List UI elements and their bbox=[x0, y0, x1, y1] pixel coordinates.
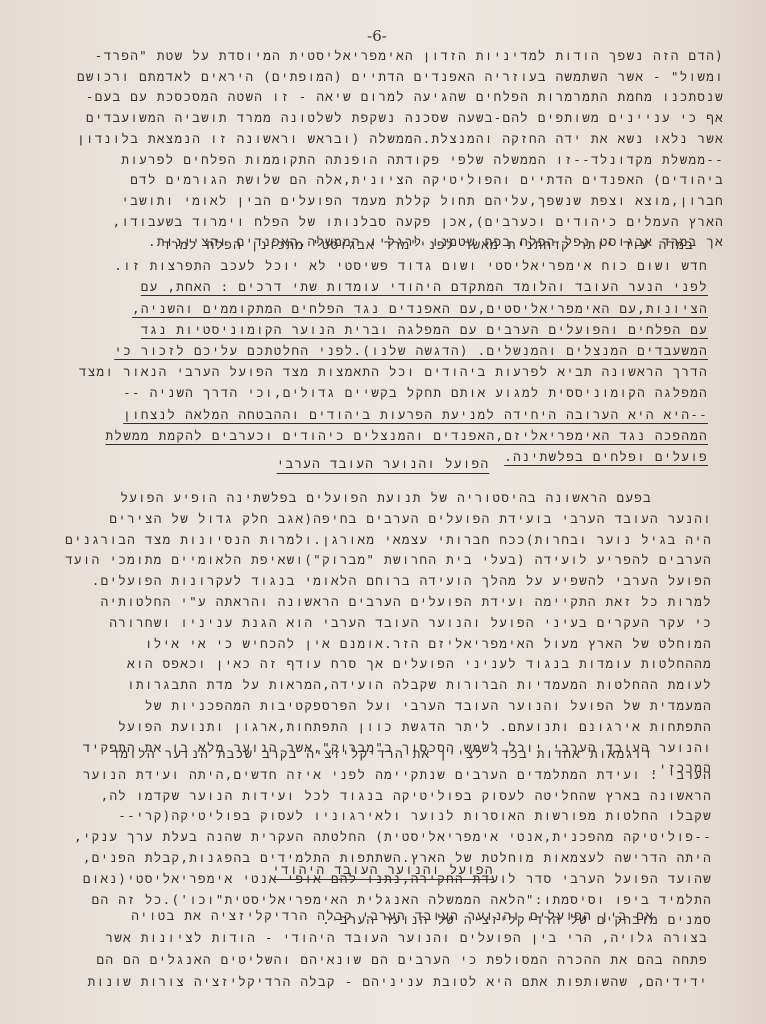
text-line: חדש ושום כוח אימפריאליסטי ושום גדוד פשיס… bbox=[114, 258, 708, 274]
text-line: כי עקר העקרים בעיני הפועל והנוער העובד ה… bbox=[109, 615, 712, 631]
text-line: אם בין הפועלים והנוער העובד הערבי קבלה ה… bbox=[131, 908, 654, 924]
text-line: שנסתכנו מחמת התמרמרות הפלחים שהגיעה למרו… bbox=[86, 89, 724, 105]
text-line: ומשול" - אשר השתמשה בעוזריה האפנדים הדתי… bbox=[77, 69, 724, 85]
text-line: והנער העובד הערבי בועידת הפועלים הערבים … bbox=[109, 511, 712, 527]
text-line: היה בגיל נוער ובחרות)ככח חברותי עצמאי מא… bbox=[65, 532, 712, 548]
text-line: המפלגה הקומוניססית למגוע אותם תחקל בקשיי… bbox=[123, 385, 708, 401]
document-page: -6- (הדם הזה נשפך הודות למדיניות הזדון ה… bbox=[0, 0, 766, 1024]
text-line: לפני הנער העובד והלומד המתקדם היהודי עומ… bbox=[141, 279, 708, 295]
text-line: הארץ העמלים כיהודים וכערבים),אכן פקעה סב… bbox=[113, 214, 724, 230]
text-line: (הדם הזה נשפך הודות למדיניות הזדון האימפ… bbox=[95, 48, 724, 64]
text-line: הציונות,עם האימפריאליסטים,עם האפנדים נגד… bbox=[132, 301, 708, 317]
text-line: לעומת ההחלטות המעמדיות הברורות שקבלה הוע… bbox=[127, 677, 712, 693]
text-line: התפתחות אירגונם ותנועתם. ליתר הדגשת כוון… bbox=[118, 719, 712, 735]
text-line: הערבי : ועידת המתלמדים הערבים שנתקיימה ל… bbox=[83, 767, 712, 783]
text-line: אף כי עניינים משותפים להם-בשעה שסכנה נשק… bbox=[86, 110, 724, 126]
text-line: שקבלו החלטות מפורשות האוסרות לנוער ולאיר… bbox=[118, 808, 712, 824]
text-line: התלמיד ביפו וסיסמתו:"הלאה הממשלה האנגלית… bbox=[92, 892, 712, 908]
text-line: ידידיהם, שהשותפות אתם היא לטובת עניניהם … bbox=[88, 974, 708, 990]
text-line: המשעבדים המנצלים והמנשלים. (הדגשה שלנו).… bbox=[114, 343, 708, 359]
text-line: בצורה גלויה, הרי בין הפועלים והנוער העוב… bbox=[105, 930, 708, 946]
text-line: מההחלטות עומדות בנגוד לעניני הפועלים אך … bbox=[127, 656, 712, 672]
text-line: --ממשלת מקדונלד--זו הממשלה שלפי פקודתה ה… bbox=[121, 152, 724, 168]
text-line: בפעם הראשונה בהיסטוריה של תנועת הפועלים … bbox=[120, 490, 652, 506]
text-line: המעמדית של הפועל והנוער העובד הערבי ועל … bbox=[145, 698, 712, 714]
text-line: במדה עוד יותר קדחתנית מאשר לפני"מרד אבגו… bbox=[162, 237, 694, 253]
text-line: הערבים להפריע לועידה (בעלי בית החרושת "מ… bbox=[65, 552, 712, 568]
page-number: -6- bbox=[0, 27, 760, 45]
text-line: חברון,מוצא וצפת שנשפך,עליהם תחול קללת מע… bbox=[121, 193, 724, 209]
section-heading: הפועל והנוער העובד היהודי bbox=[0, 862, 766, 878]
text-line: דוגמאות אחדות בכדי לציין את הרדיקליזציה … bbox=[111, 746, 652, 762]
text-line: הדרך הראשונה תביא לפרעות ביהודים וכל התא… bbox=[79, 364, 708, 380]
text-line: ביהודים) האפנדים הדתיים והפוליטיקה הציונ… bbox=[130, 172, 724, 188]
text-line: --פוליטיקה מהפכנית,אנטי אימפריאליסטית) ה… bbox=[74, 829, 712, 845]
text-line: המוחלט של הארץ מעול האימפריאליזם הזר.אומ… bbox=[145, 636, 712, 652]
section-heading: הפועל והנוער העובד הערבי bbox=[0, 456, 766, 472]
text-line: הפועל הערבי להשפיע על מהלך הועידה ברוחם … bbox=[92, 573, 712, 589]
text-line: אשר נלאו נשא את ידה החזקה והמנצלת.הממשלה… bbox=[77, 131, 724, 147]
text-line: פתחה בהם את ההכרה המסולפת כי הערבים הם ש… bbox=[97, 952, 708, 968]
text-line: הראשונה בארץ שהחליטה לעסוק בפוליטיקה בנג… bbox=[101, 788, 712, 804]
text-line: --היא היא הערובה היחידה למניעת הפרעות בי… bbox=[123, 407, 708, 423]
text-line: למרות כל זאת התקיימה ועידת הפועלים הערבי… bbox=[101, 594, 712, 610]
text-line: עם הפלחים והפועלים הערבים עם המפלגה וברי… bbox=[141, 322, 708, 338]
text-line: המהפכה נגד האימפריאליזם,האפנדים והמנצלים… bbox=[105, 428, 708, 444]
